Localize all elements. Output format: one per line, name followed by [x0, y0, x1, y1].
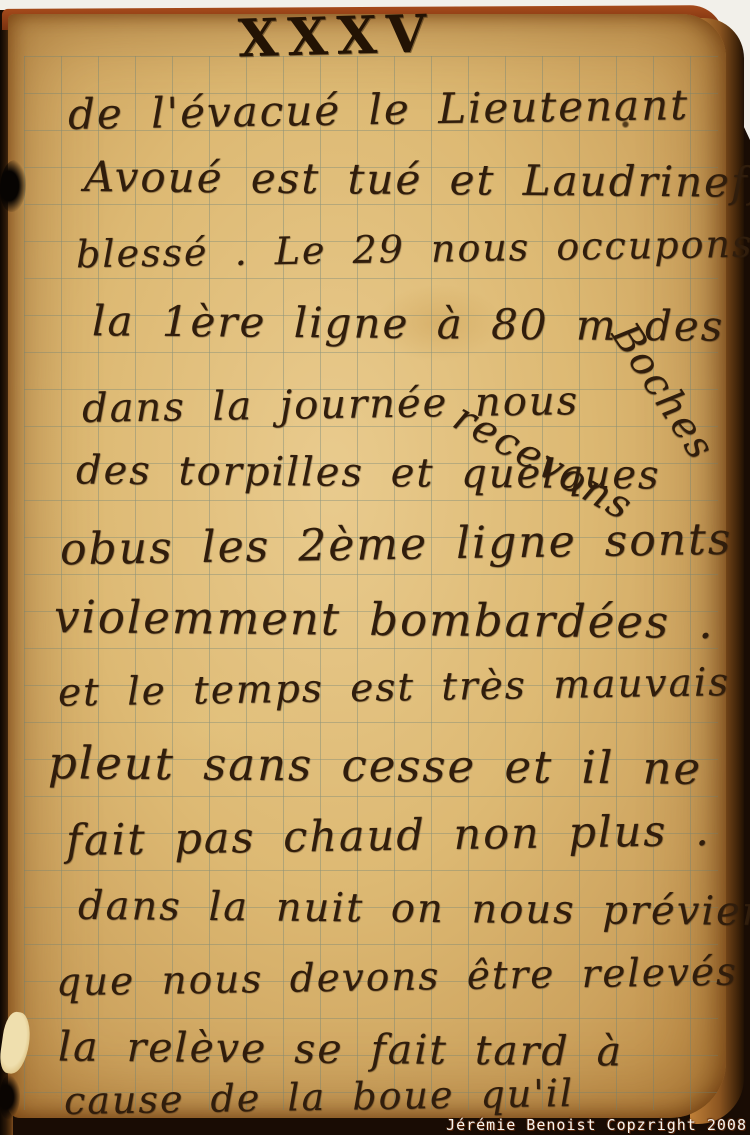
manuscript-line: cause de la boue qu'il [64, 1074, 575, 1122]
chapter-number: XXXV [237, 6, 428, 68]
handwriting-layer: XXXV de l'évacué le Lieutenant Avoué est… [0, 0, 750, 1135]
copyright-watermark: Jérémie Benoist Copzright 2008 [446, 1116, 747, 1134]
manuscript-line: de l'évacué le Lieutenant [68, 83, 690, 137]
manuscript-line: dans la nuit on nous prévient [78, 885, 750, 933]
manuscript-line: la relève se fait tard à [58, 1026, 623, 1074]
manuscript-line: obus les 2ème ligne sonts [60, 517, 733, 574]
manuscript-line: pleut sans cesse et il ne [48, 739, 703, 792]
scanned-diary-photo: XXXV de l'évacué le Lieutenant Avoué est… [0, 0, 750, 1135]
manuscript-line: et le temps est très mauvais il [58, 662, 750, 714]
manuscript-line: que nous devons être relevés [56, 953, 739, 1005]
manuscript-line: Avoué est tué et Laudrineff [84, 155, 750, 205]
manuscript-line: violemment bombardées . [54, 593, 715, 646]
manuscript-line: fait pas chaud non plus . [66, 809, 711, 864]
manuscript-line: blessé . Le 29 nous occupons [76, 225, 750, 276]
